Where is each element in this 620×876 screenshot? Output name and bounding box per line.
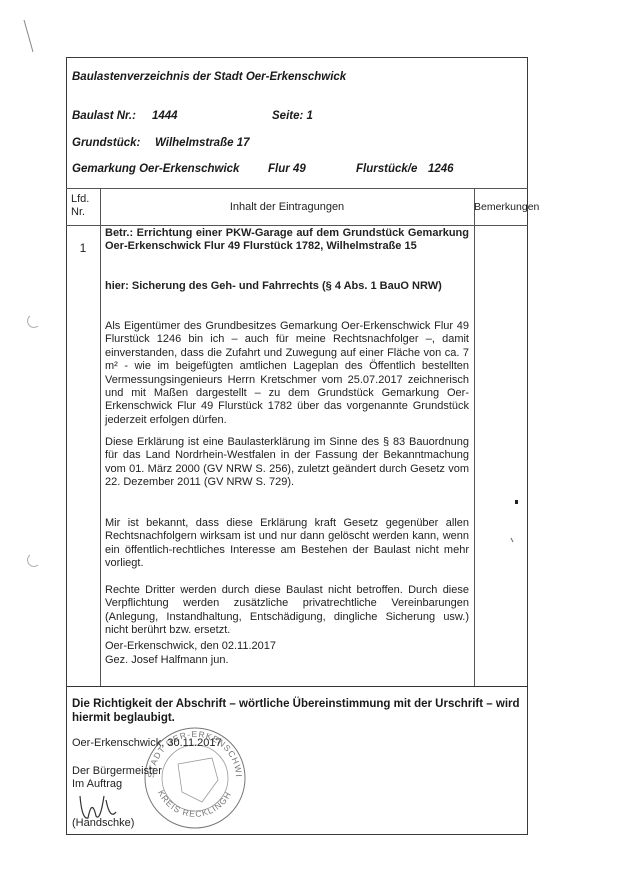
col-divider-lfd (100, 188, 101, 686)
col-divider-bemerkungen (474, 188, 475, 686)
column-header-bemerkungen: Bemerkungen (474, 201, 528, 213)
entry-signed-by: Gez. Josef Halfmann jun. (105, 654, 469, 667)
entry-paragraph-1: Als Eigentümer des Grundbesitzes Gemarku… (105, 320, 469, 427)
entry-paragraph-3: Mir ist bekannt, dass diese Erklärung kr… (105, 517, 469, 571)
baulast-label: Baulast Nr.: (72, 110, 136, 122)
entry-paragraph-2: Diese Erklärung ist eine Baulasterklärun… (105, 436, 469, 490)
gemarkung: Gemarkung Oer-Erkenschwick (72, 163, 239, 175)
certification-office: Der Bürgermeister (72, 765, 162, 777)
lfd-line: Lfd. (71, 193, 89, 206)
flurstueck-value: 1246 (428, 163, 454, 175)
certification-signatory: (Handschke) (72, 817, 134, 829)
entry-subject: Betr.: Errichtung einer PKW-Garage auf d… (105, 227, 469, 254)
grundstueck-label: Grundstück: (72, 137, 140, 149)
page-label: Seite: 1 (272, 110, 313, 122)
flurstueck-label: Flurstück/e (356, 163, 417, 175)
nr-line: Nr. (71, 206, 89, 219)
punch-hole-mark-top (28, 316, 38, 327)
seal-emblem (178, 758, 218, 802)
certification-statement: Die Richtigkeit der Abschrift – wörtlich… (72, 697, 522, 725)
entry-paragraph-4: Rechte Dritter werden durch diese Baulas… (105, 584, 469, 638)
certification-place-date: Oer-Erkenschwick, 30.11.2017 (72, 737, 222, 749)
certification-im-auftrag: Im Auftrag (72, 778, 122, 790)
punch-hole-mark-bottom (28, 555, 38, 566)
column-header-lfd-nr: Lfd. Nr. (71, 193, 89, 219)
entry-place-date: Oer-Erkenschwick, den 02.11.2017 (105, 640, 469, 653)
register-title: Baulastenverzeichnis der Stadt Oer-Erken… (72, 71, 346, 83)
table-top-border (66, 188, 528, 189)
flur-label: Flur (268, 163, 290, 175)
entry-number: 1 (66, 241, 100, 255)
table-bottom-border (66, 686, 528, 687)
baulast-number: 1444 (152, 110, 178, 122)
column-header-inhalt: Inhalt der Eintragungen (100, 201, 474, 213)
flur-value: 49 (293, 163, 306, 175)
grundstueck-value: Wilhelmstraße 17 (155, 137, 250, 149)
table-header-bottom-border (66, 225, 528, 226)
pen-stroke-mark (24, 20, 33, 52)
entry-purpose: hier: Sicherung des Geh- und Fahrrechts … (105, 280, 469, 293)
